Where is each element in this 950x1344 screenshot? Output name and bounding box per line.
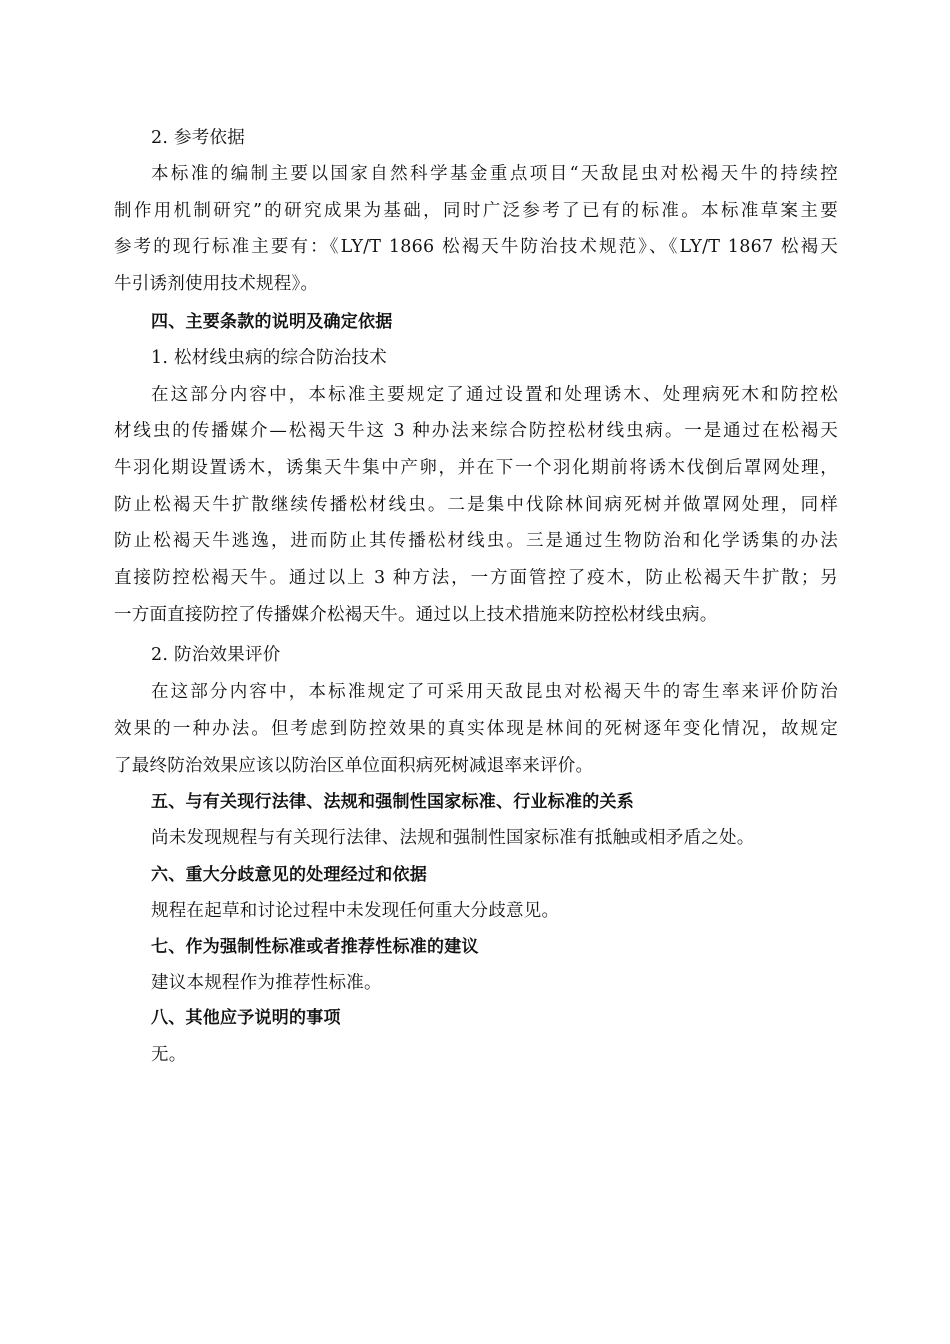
paragraph-line: 无。 [151,1040,875,1070]
paragraph-line: 建议本规程作为推荐性标准。 [151,968,875,998]
document-page: 2. 参考依据 本标准的编制主要以国家自然科学基金重点项目“天敌昆虫对松褐天牛的… [0,0,950,1344]
paragraph-line: 制作用机制研究”的研究成果为基础，同时广泛参考了已有的标准。本标准草案主要 [114,196,838,226]
paragraph-line: 参考的现行标准主要有：《LY/T 1866 松褐天牛防治技术规范》、《LY/T … [114,232,838,262]
paragraph-line: 直接防控松褐天牛。通过以上 3 种方法，一方面管控了疫木，防止松褐天牛扩散；另 [114,563,838,593]
section-heading-4: 四、主要条款的说明及确定依据 [151,307,875,337]
paragraph-line: 效果的一种办法。但考虑到防控效果的真实体现是林间的死树逐年变化情况，故规定 [114,714,838,744]
paragraph-line: 在这部分内容中，本标准主要规定了通过设置和处理诱木、处理病死木和防控松 [151,380,838,410]
subheading-integrated-control: 1. 松材线虫病的综合防治技术 [151,343,875,373]
section-heading-7: 七、作为强制性标准或者推荐性标准的建议 [151,932,875,962]
paragraph-line: 牛引诱剂使用技术规程》。 [114,269,838,299]
paragraph-line: 了最终防治效果应该以防治区单位面积病死树减退率来评价。 [114,751,838,781]
subheading-control-evaluation: 2. 防治效果评价 [151,640,875,670]
section-heading-5: 五、与有关现行法律、法规和强制性国家标准、行业标准的关系 [151,787,875,817]
section-heading-8: 八、其他应予说明的事项 [151,1003,875,1033]
paragraph-line: 防止松褐天牛逃逸，进而防止其传播松材线虫。三是通过生物防治和化学诱集的办法 [114,526,838,556]
paragraph-line: 本标准的编制主要以国家自然科学基金重点项目“天敌昆虫对松褐天牛的持续控 [151,159,838,189]
paragraph-line: 防止松褐天牛扩散继续传播松材线虫。二是集中伐除林间病死树并做罩网处理，同样 [114,490,838,520]
paragraph-line: 一方面直接防控了传播媒介松褐天牛。通过以上技术措施来防控松材线虫病。 [114,600,838,630]
paragraph-line: 材线虫的传播媒介—松褐天牛这 3 种办法来综合防控松材线虫病。一是通过在松褐天 [114,416,838,446]
paragraph-line: 尚未发现规程与有关现行法律、法规和强制性国家标准有抵触或相矛盾之处。 [151,823,875,853]
paragraph-line: 在这部分内容中，本标准规定了可采用天敌昆虫对松褐天牛的寄生率来评价防治 [151,677,838,707]
paragraph-line: 牛羽化期设置诱木，诱集天牛集中产卵，并在下一个羽化期前将诱木伐倒后罩网处理， [114,453,838,483]
subheading-reference-basis: 2. 参考依据 [151,123,875,153]
section-heading-6: 六、重大分歧意见的处理经过和依据 [151,860,875,890]
paragraph-line: 规程在起草和讨论过程中未发现任何重大分歧意见。 [151,896,875,926]
